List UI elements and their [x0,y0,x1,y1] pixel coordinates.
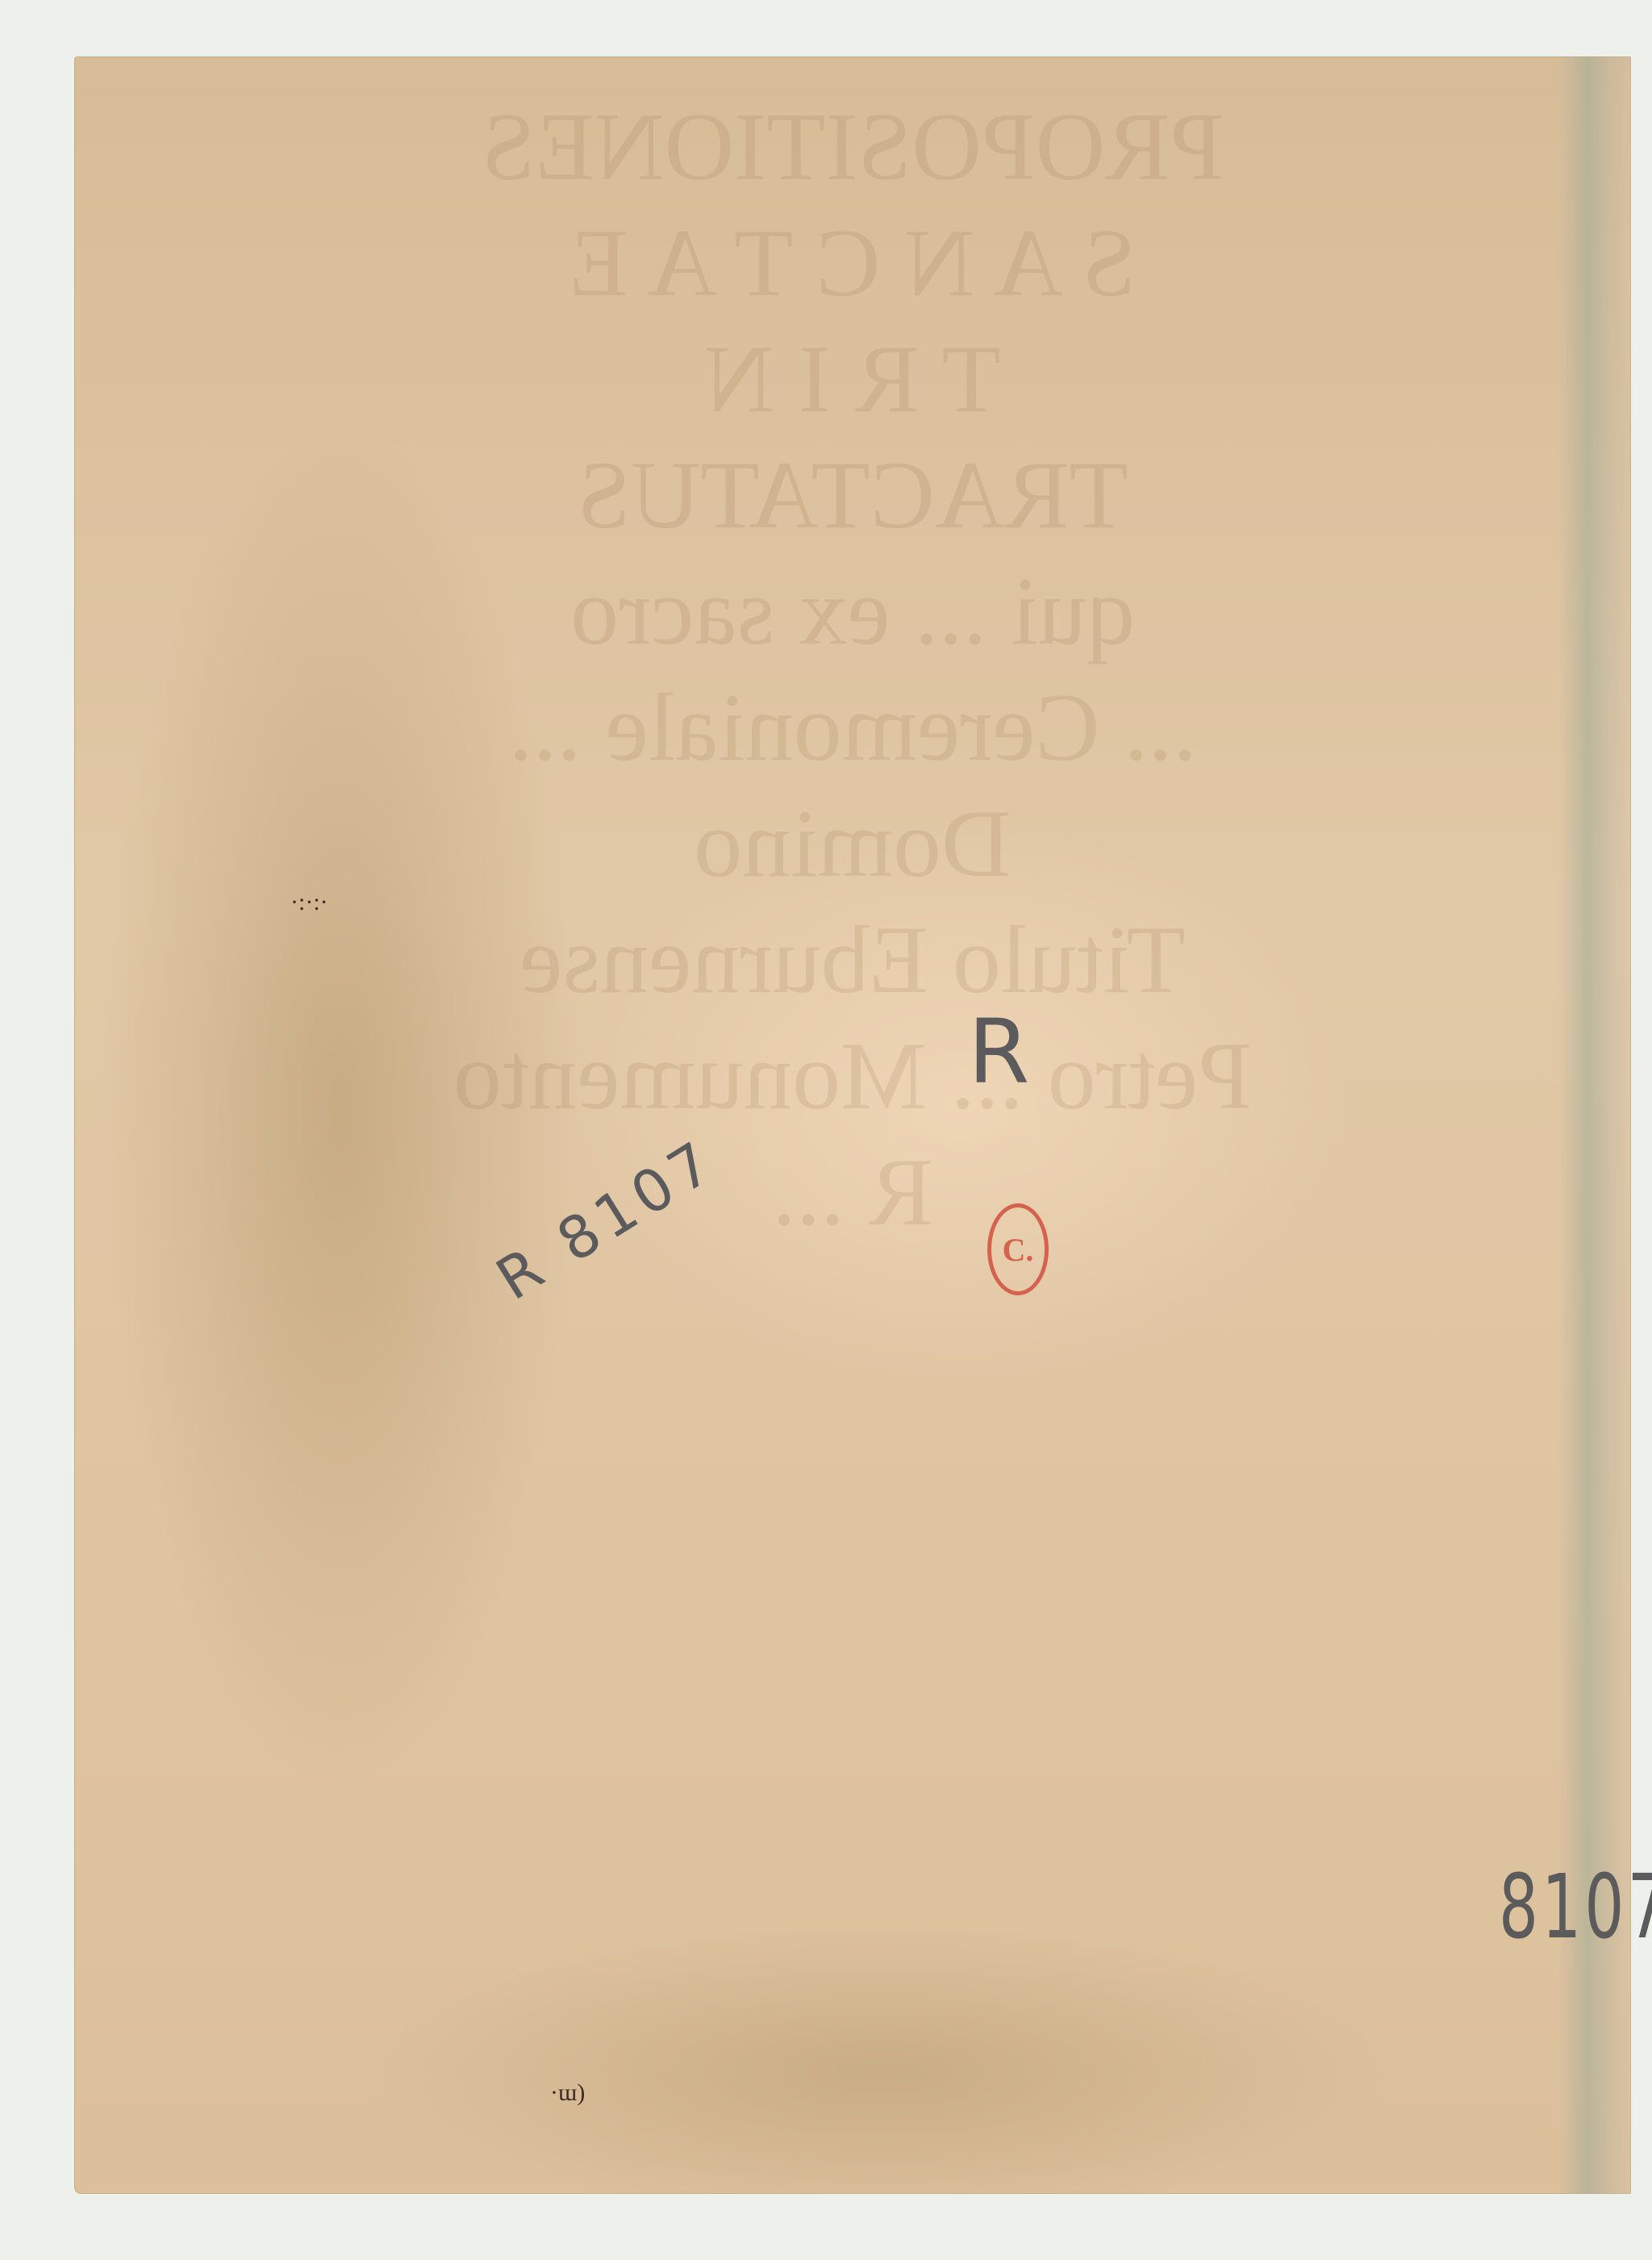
edge-shelf-number: 8107 [1499,1855,1652,1958]
ink-mark-1: ·:·:· [290,889,328,916]
shelfmark-letter: R [968,1000,1029,1103]
show-through-text: PROPOSITIONES S A N C T A E T R I N TRAC… [74,56,1631,2226]
library-stamp: C. [987,1203,1049,1295]
document-page: PROPOSITIONES S A N C T A E T R I N TRAC… [74,56,1631,2194]
ink-mark-2: ·ɯ) [550,2079,585,2107]
